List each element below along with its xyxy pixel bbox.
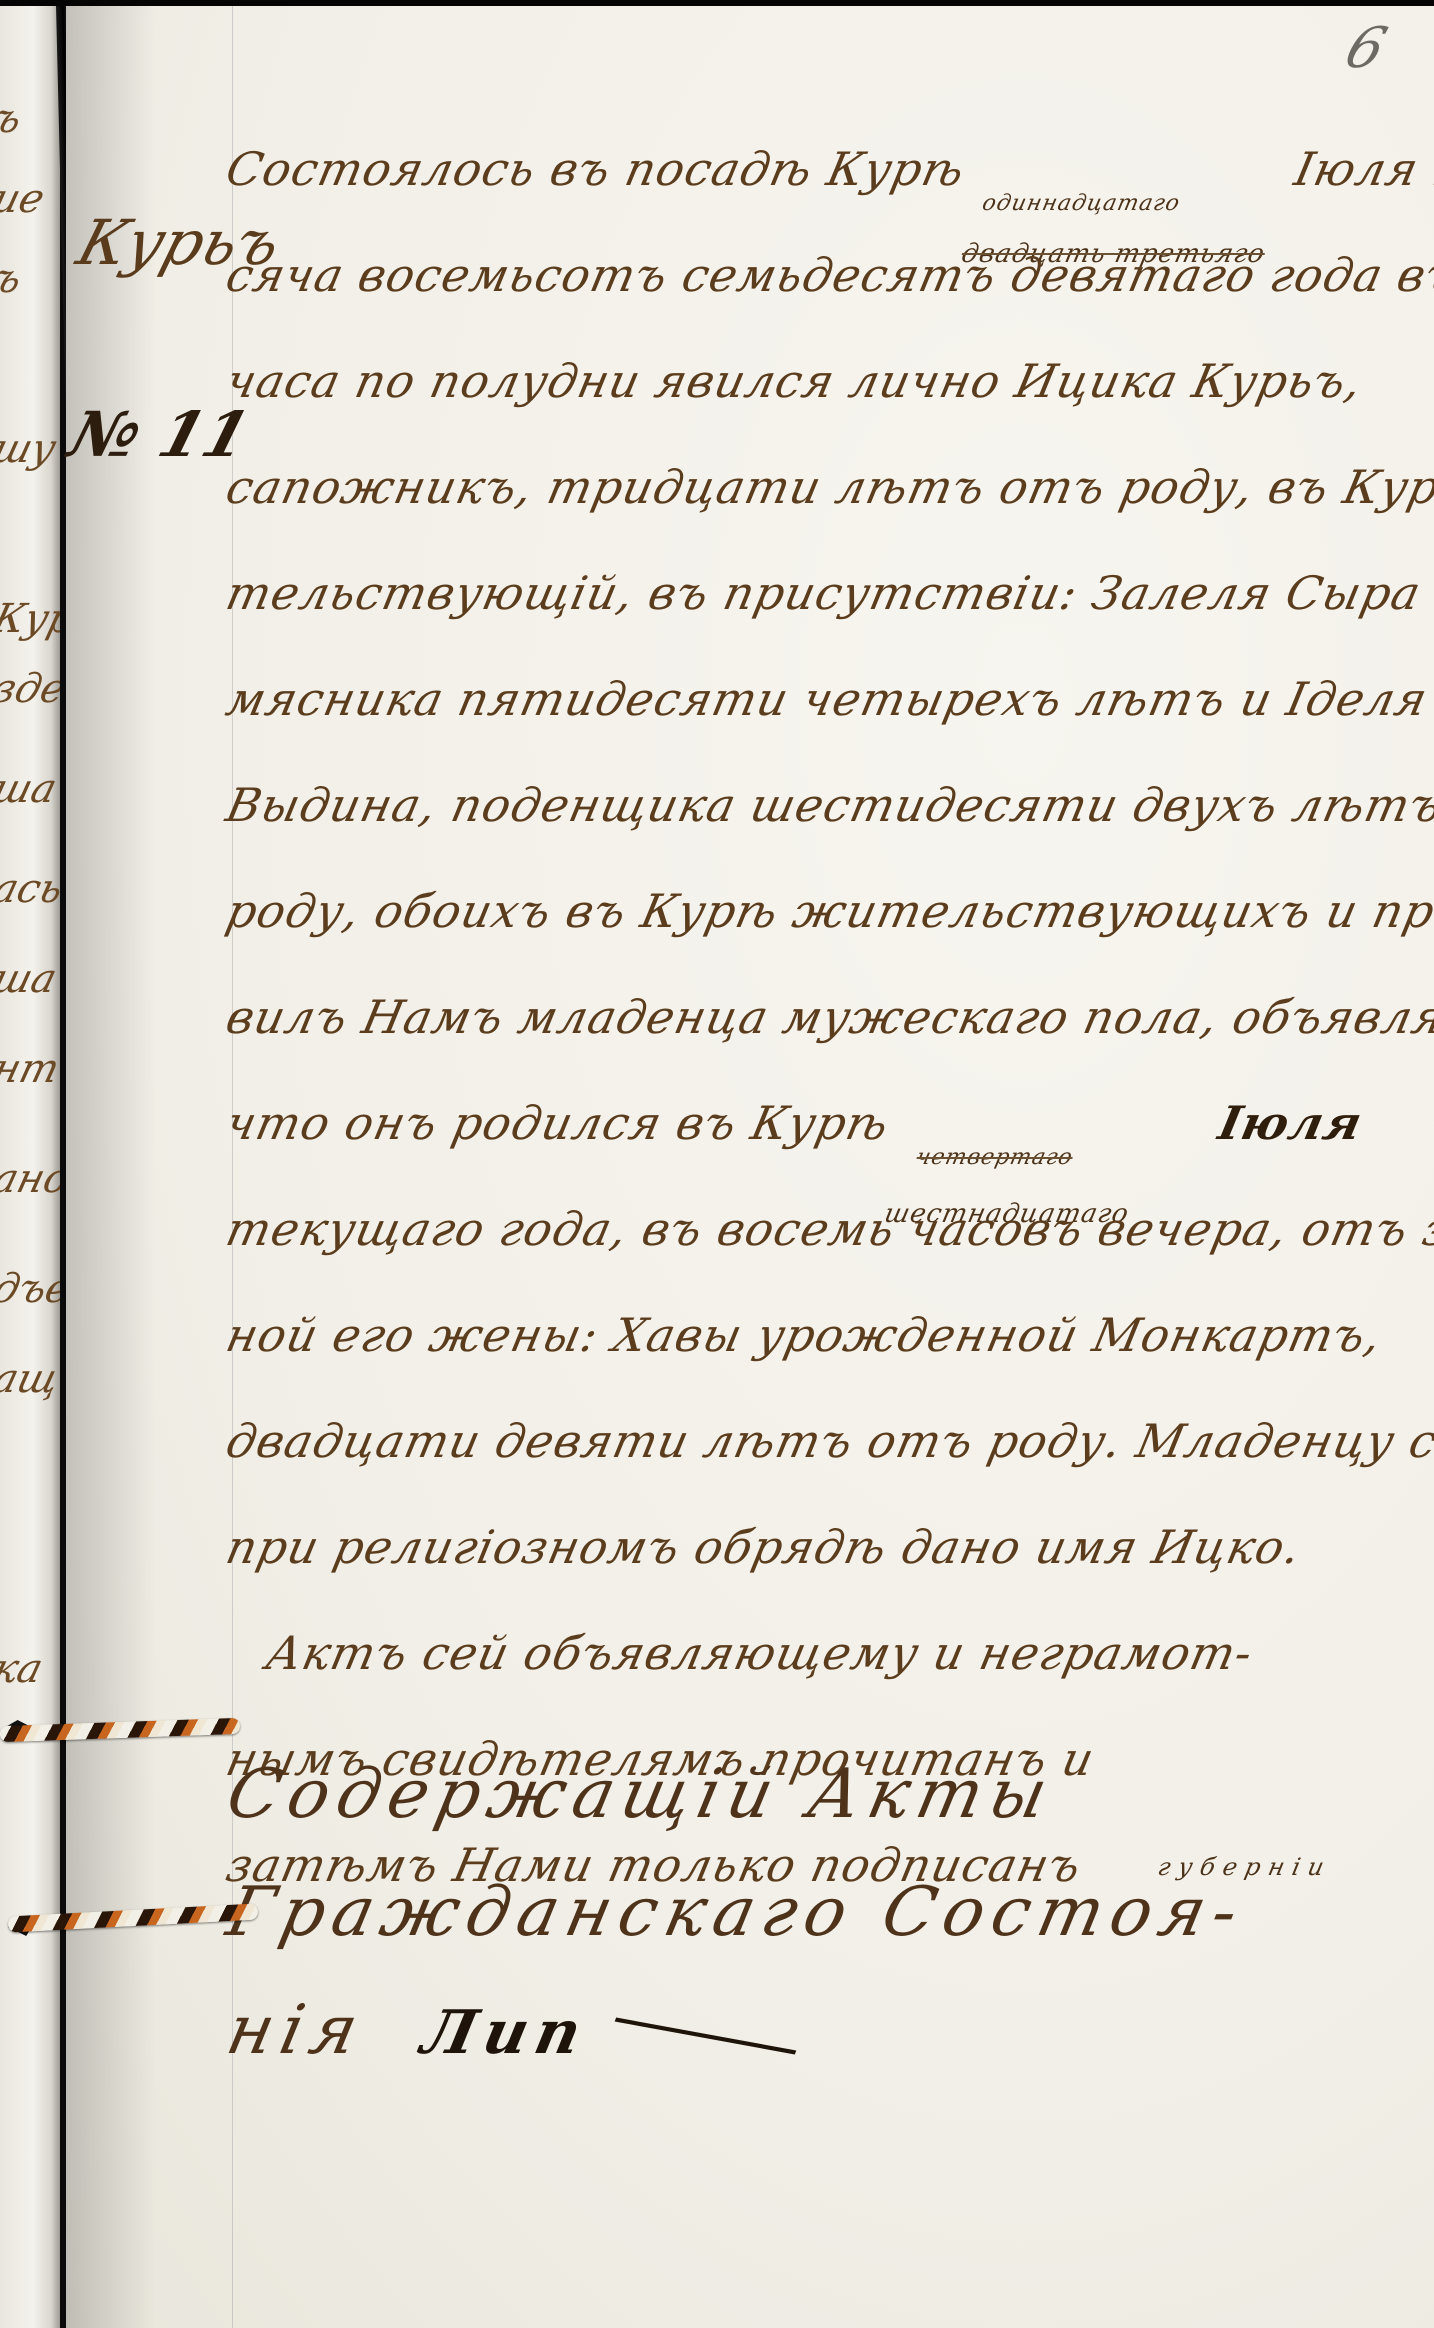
text-line: тельствующій, въ присутствіи: Залеля Сыр… <box>216 540 1434 646</box>
text-line: мясника пятидесяти четырехъ лѣтъ и Іделя <box>216 646 1434 752</box>
closing-text: нія <box>220 1991 372 2070</box>
document-page: 6 Курьъ № 11 Состоялось въ посадѣ Курѣ о… <box>66 6 1434 2328</box>
text-line: вилъ Намъ младенца мужескаго пола, объяв… <box>216 964 1434 1070</box>
signature-flourish <box>615 2017 797 2054</box>
registrar-signature: Лип <box>416 1998 595 2068</box>
line-text: Состоялось въ посадѣ Курѣ <box>222 142 971 196</box>
registrar-closing: Содержащій Акты Гражданскаго Состоя- губ… <box>216 1736 1416 2090</box>
closing-text: Гражданскаго Состоя- <box>220 1873 1252 1952</box>
left-fragment: ие <box>0 176 49 222</box>
left-fragment: ащ <box>0 1356 60 1402</box>
left-fragment: ъ <box>0 256 26 302</box>
left-fragment: ась <box>0 866 60 912</box>
text-line: двадцати девяти лѣтъ отъ роду. Младенцу … <box>216 1388 1434 1494</box>
text-line: сапожникъ, тридцати лѣтъ отъ роду, въ Ку… <box>216 434 1434 540</box>
text-line: часа по полудни явился лично Ицика Курьъ… <box>216 328 1434 434</box>
left-fragment: шу <box>0 426 60 472</box>
text-line: ной его жены: Хавы урожденной Монкартъ, <box>216 1282 1434 1388</box>
text-line: Выдина, поденщика шестидесяти двухъ лѣтъ… <box>216 752 1434 858</box>
text-line: текущаго года, въ восемь часовъ вечера, … <box>216 1176 1434 1282</box>
line-continuation: Іюля <box>1214 1096 1367 1150</box>
left-fragment: ша <box>0 956 60 1002</box>
interlinear-insertion: четвертаго <box>914 1147 1075 1169</box>
text-line: что онъ родился въ Курѣ четвертаго шестн… <box>216 1070 1434 1176</box>
interlinear-insertion: губерніи <box>1156 1856 1334 1878</box>
line-continuation: Іюля ты- <box>1290 142 1434 196</box>
text-line: Актъ сей объявляющему и неграмот- <box>216 1600 1434 1706</box>
left-fragment: Куръ <box>0 596 60 642</box>
left-fragment: нтъ <box>0 1046 60 1092</box>
left-fragment: дъе <box>0 1266 60 1312</box>
left-fragment: ка <box>0 1646 47 1692</box>
interlinear-insertion: одиннадцатаго <box>980 193 1182 215</box>
closing-line: Гражданскаго Состоя- губерніи <box>216 1854 1434 1972</box>
closing-line: нія Лип <box>216 1972 1434 2090</box>
left-fragment: ъ <box>0 96 26 142</box>
page-number: 6 <box>1337 16 1394 81</box>
line-text: что онъ родился въ Курѣ <box>222 1096 895 1150</box>
record-body: Состоялось въ посадѣ Курѣ одиннадцатаго … <box>216 116 1416 1918</box>
left-fragment: здел <box>0 666 60 712</box>
left-fragment: ано <box>0 1156 60 1202</box>
text-line: Состоялось въ посадѣ Курѣ одиннадцатаго … <box>216 116 1434 222</box>
closing-line: Содержащій Акты <box>216 1736 1434 1854</box>
text-line: роду, обоихъ въ Курѣ жительствующихъ и п… <box>216 858 1434 964</box>
text-line: при религіозномъ обрядѣ дано имя Ицко. <box>216 1494 1434 1600</box>
previous-page-edge: ъ ие ъ шу Куръ здел ша ась ша нтъ ано дъ… <box>0 6 60 2328</box>
text-line: сяча восемьсотъ семьдесятъ девятаго года… <box>216 222 1434 328</box>
left-fragment: ша <box>0 766 60 812</box>
